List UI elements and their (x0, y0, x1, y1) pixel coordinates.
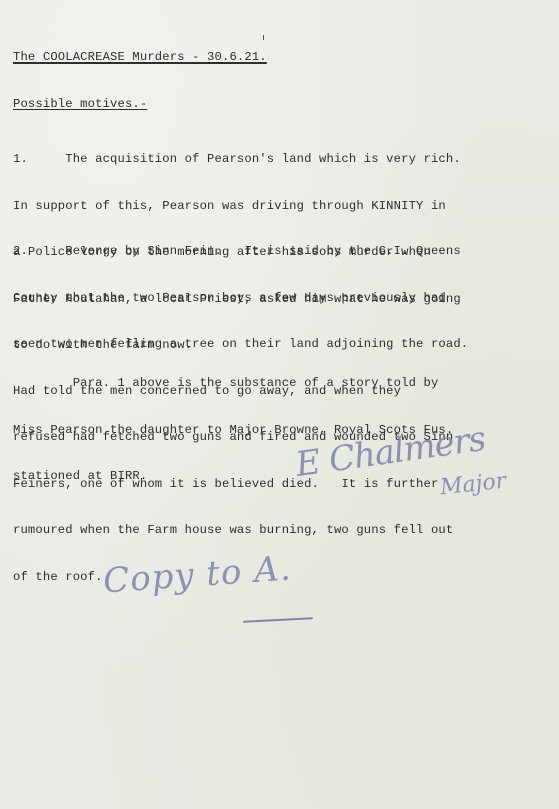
scan-mark (263, 35, 264, 40)
paragraph-line: 1. The acquisition of Pearson's land whi… (13, 152, 461, 168)
paragraph-line: County that the two Pearson boys a few d… (13, 291, 468, 307)
document-page: The COOLACREASE Murders - 30.6.21. Possi… (0, 0, 559, 809)
handwritten-rank: Major (439, 469, 507, 501)
paragraph-3: Para. 1 above is the substance of a stor… (13, 345, 453, 516)
section-heading: Possible motives.- (13, 97, 147, 113)
paragraph-line: In support of this, Pearson was driving … (13, 199, 461, 215)
paragraph-line: 2. Revenge by Sinn Fein. It is said by t… (13, 244, 468, 260)
document-title: The COOLACREASE Murders - 30.6.21. (13, 50, 267, 66)
paragraph-line: Para. 1 above is the substance of a stor… (13, 376, 453, 392)
handwritten-underline (243, 617, 313, 623)
paragraph-line: rumoured when the Farm house was burning… (13, 523, 468, 539)
